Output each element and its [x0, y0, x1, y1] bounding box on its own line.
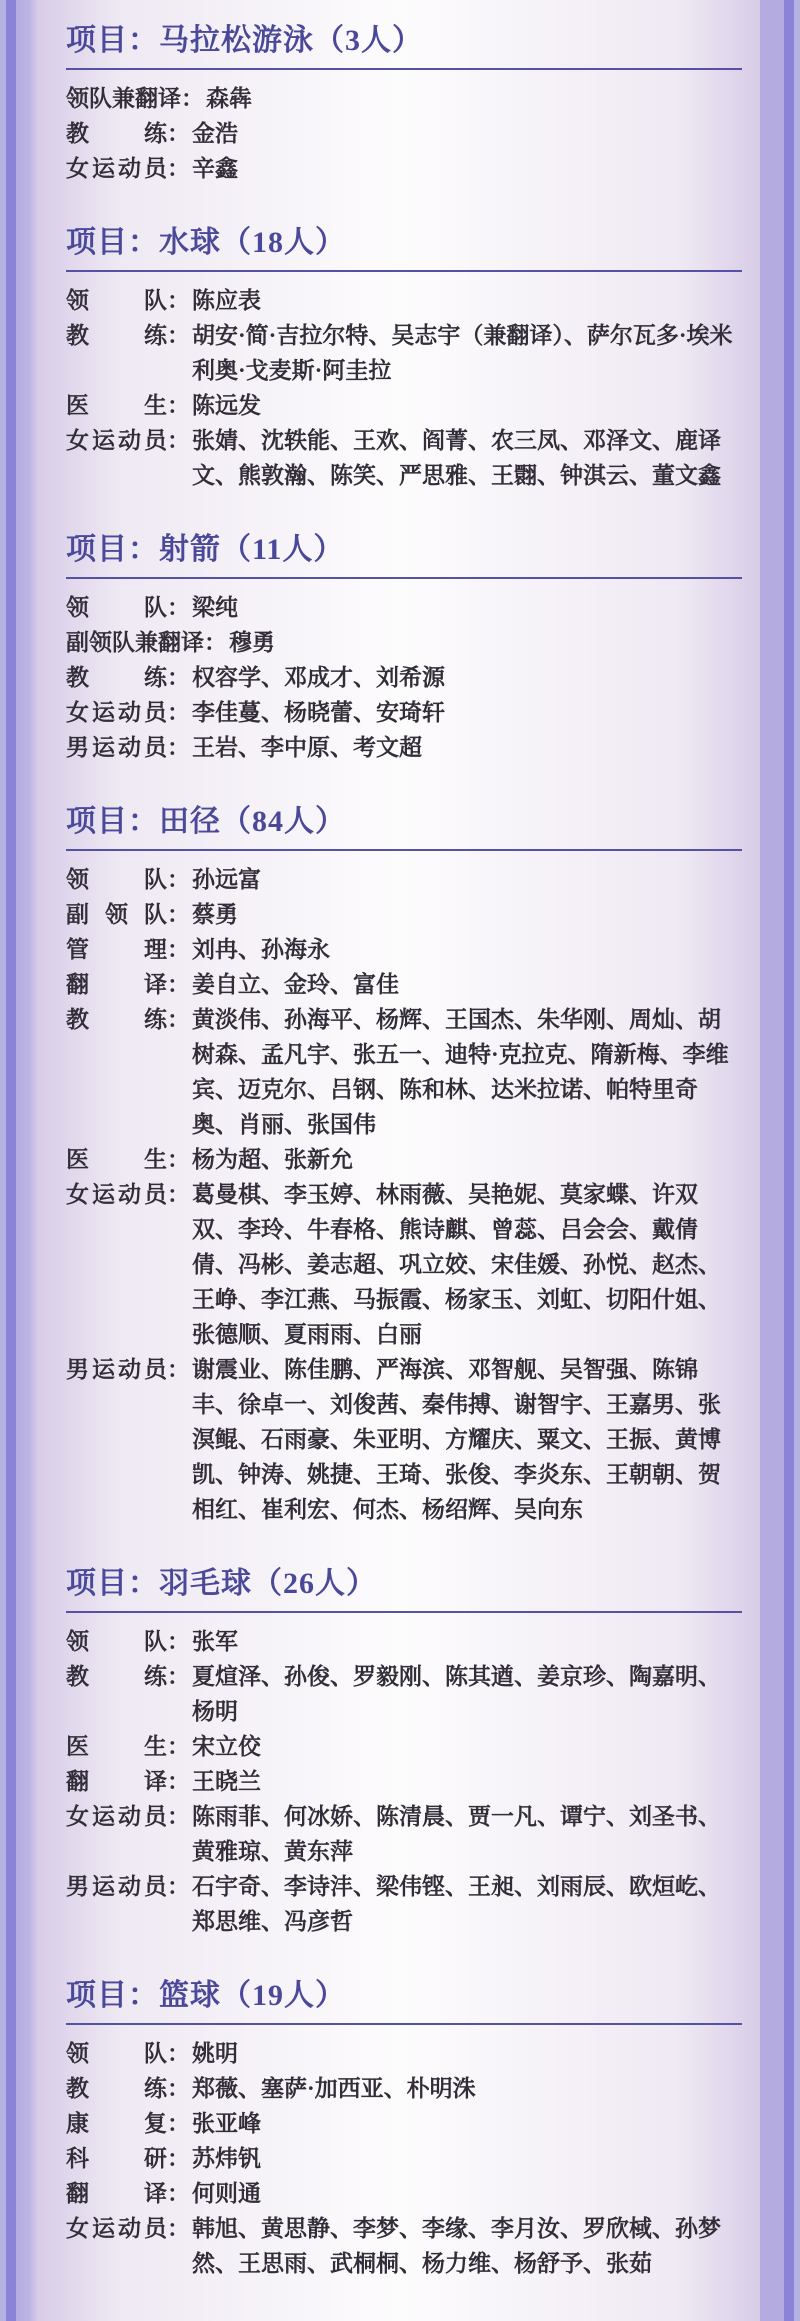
role-colon: ： — [167, 1764, 190, 1799]
role-label-char: 运 — [92, 151, 115, 186]
role-label-char: 队 — [144, 590, 167, 625]
role-label-char: 兼 — [135, 625, 158, 660]
role-colon: ： — [167, 1624, 190, 1659]
role-label-char: 生 — [144, 1729, 167, 1764]
role-label-char: 译 — [181, 625, 204, 660]
role-label: 教练 — [66, 318, 167, 353]
names-value: 穆勇 — [227, 625, 742, 660]
names-value: 姚明 — [190, 2036, 742, 2071]
role-label-char: 员 — [144, 151, 167, 186]
role-label-char: 兼 — [112, 81, 135, 116]
role-label: 翻译 — [66, 967, 167, 1002]
role-label-char: 教 — [66, 116, 89, 151]
section-title: 项目：田径（84人） — [66, 805, 742, 851]
role-label-char: 女 — [66, 423, 89, 458]
role-label-char: 医 — [66, 388, 89, 423]
role-colon: ： — [167, 660, 190, 695]
role-label-char: 翻 — [66, 967, 89, 1002]
role-label-char: 翻 — [66, 1764, 89, 1799]
names-value: 张亚峰 — [190, 2106, 742, 2141]
roster-row: 男运动员：王岩、李中原、考文超 — [66, 730, 742, 765]
roster-row: 副领队：蔡勇 — [66, 897, 742, 932]
role-label-char: 医 — [66, 1729, 89, 1764]
role-label-char: 运 — [92, 1352, 115, 1387]
role-label-char: 女 — [66, 2211, 89, 2246]
names-value: 韩旭、黄思静、李梦、李缘、李月汝、罗欣棫、孙梦然、王思雨、武桐桐、杨力维、杨舒予… — [190, 2211, 742, 2281]
role-label-char: 动 — [118, 695, 141, 730]
sport-section: 项目：水球（18人）领队：陈应表教练：胡安·简·吉拉尔特、吴志宇（兼翻译）、萨尔… — [66, 226, 742, 493]
roster-row: 领队兼翻译：森犇 — [66, 81, 742, 116]
role-label-char: 动 — [118, 2211, 141, 2246]
role-label-char: 动 — [118, 151, 141, 186]
role-label-char: 练 — [144, 116, 167, 151]
role-label: 领队 — [66, 590, 167, 625]
roster-row: 康复：张亚峰 — [66, 2106, 742, 2141]
role-label: 女运动员 — [66, 151, 167, 186]
roster-row: 副领队兼翻译：穆勇 — [66, 625, 742, 660]
role-label: 副领队兼翻译 — [66, 625, 204, 660]
role-label-char: 运 — [92, 1799, 115, 1834]
role-label-char: 女 — [66, 151, 89, 186]
roster-row: 教练：权容学、邓成才、刘希源 — [66, 660, 742, 695]
role-label: 领队 — [66, 1624, 167, 1659]
role-colon: ： — [167, 1142, 190, 1177]
role-label-char: 教 — [66, 318, 89, 353]
role-label-char: 男 — [66, 1352, 89, 1387]
role-label: 女运动员 — [66, 1177, 167, 1212]
role-label-char: 医 — [66, 1142, 89, 1177]
roster-row: 翻译：王晓兰 — [66, 1764, 742, 1799]
role-label-char: 员 — [144, 1177, 167, 1212]
role-label: 男运动员 — [66, 730, 167, 765]
roster-row: 男运动员：石宇奇、李诗沣、梁伟铿、王昶、刘雨辰、欧烜屹、郑思维、冯彦哲 — [66, 1869, 742, 1939]
names-value: 森犇 — [204, 81, 742, 116]
role-colon: ： — [167, 423, 190, 458]
role-label-char: 队 — [144, 897, 167, 932]
role-label-char: 领 — [66, 2036, 89, 2071]
roster-row: 翻译：姜自立、金玲、富佳 — [66, 967, 742, 1002]
role-label-char: 员 — [144, 1352, 167, 1387]
roster-row: 女运动员：辛鑫 — [66, 151, 742, 186]
role-colon: ： — [167, 388, 190, 423]
role-label: 科研 — [66, 2141, 167, 2176]
roster-row: 女运动员：李佳蔓、杨晓蕾、安琦轩 — [66, 695, 742, 730]
roster-row: 领队：姚明 — [66, 2036, 742, 2071]
role-label-char: 译 — [144, 2176, 167, 2211]
role-label: 医生 — [66, 388, 167, 423]
names-value: 张军 — [190, 1624, 742, 1659]
role-label: 领队 — [66, 862, 167, 897]
role-label-char: 队 — [144, 1624, 167, 1659]
names-value: 黄淡伟、孙海平、杨辉、王国杰、朱华刚、周灿、胡树森、孟凡宇、张五一、迪特·克拉克… — [190, 1002, 742, 1142]
role-label-char: 队 — [144, 283, 167, 318]
role-label-char: 动 — [118, 423, 141, 458]
roster-row: 领队：梁纯 — [66, 590, 742, 625]
role-label-char: 康 — [66, 2106, 89, 2141]
names-value: 王晓兰 — [190, 1764, 742, 1799]
role-label: 教练 — [66, 1659, 167, 1694]
section-title: 项目：篮球（19人） — [66, 1979, 742, 2025]
role-colon: ： — [167, 283, 190, 318]
names-value: 孙远富 — [190, 862, 742, 897]
names-value: 李佳蔓、杨晓蕾、安琦轩 — [190, 695, 742, 730]
role-colon: ： — [167, 2141, 190, 2176]
role-colon: ： — [167, 1729, 190, 1764]
role-label-char: 副 — [66, 897, 89, 932]
names-value: 夏煊泽、孙俊、罗毅刚、陈其遒、姜京珍、陶嘉明、杨明 — [190, 1659, 742, 1729]
role-label-char: 翻 — [158, 625, 181, 660]
role-label-char: 练 — [144, 318, 167, 353]
role-label-char: 副 — [66, 625, 89, 660]
role-label: 教练 — [66, 2071, 167, 2106]
role-label: 女运动员 — [66, 423, 167, 458]
role-label-char: 教 — [66, 2071, 89, 2106]
names-value: 石宇奇、李诗沣、梁伟铿、王昶、刘雨辰、欧烜屹、郑思维、冯彦哲 — [190, 1869, 742, 1939]
role-colon: ： — [167, 1799, 190, 1834]
role-label-char: 练 — [144, 1659, 167, 1694]
role-label-char: 教 — [66, 1002, 89, 1037]
role-label-char: 领 — [105, 897, 128, 932]
role-colon: ： — [167, 967, 190, 1002]
role-label-char: 动 — [118, 1352, 141, 1387]
names-value: 宋立佼 — [190, 1729, 742, 1764]
roster-row: 医生：杨为超、张新允 — [66, 1142, 742, 1177]
role-label-char: 运 — [92, 2211, 115, 2246]
role-colon: ： — [167, 2071, 190, 2106]
roster-row: 女运动员：韩旭、黄思静、李梦、李缘、李月汝、罗欣棫、孙梦然、王思雨、武桐桐、杨力… — [66, 2211, 742, 2281]
role-label-char: 译 — [158, 81, 181, 116]
role-label: 医生 — [66, 1729, 167, 1764]
role-label-char: 管 — [66, 932, 89, 967]
role-label-char: 复 — [144, 2106, 167, 2141]
role-label-char: 领 — [66, 590, 89, 625]
role-label-char: 练 — [144, 1002, 167, 1037]
roster-row: 男运动员：谢震业、陈佳鹏、严海滨、邓智舰、吴智强、陈锦丰、徐卓一、刘俊茜、秦伟搏… — [66, 1352, 742, 1527]
role-label: 教练 — [66, 116, 167, 151]
role-label-char: 员 — [144, 695, 167, 730]
sections-container: 项目：马拉松游泳（3人）领队兼翻译：森犇教练：金浩女运动员：辛鑫项目：水球（18… — [0, 0, 800, 2321]
role-label: 管理 — [66, 932, 167, 967]
role-label: 女运动员 — [66, 695, 167, 730]
names-value: 梁纯 — [190, 590, 742, 625]
role-colon: ： — [167, 1869, 190, 1904]
role-label: 领队 — [66, 283, 167, 318]
role-label-char: 翻 — [66, 2176, 89, 2211]
roster-row: 教练：黄淡伟、孙海平、杨辉、王国杰、朱华刚、周灿、胡树森、孟凡宇、张五一、迪特·… — [66, 1002, 742, 1142]
role-label-char: 领 — [66, 81, 89, 116]
section-title: 项目：水球（18人） — [66, 226, 742, 272]
names-value: 陈雨菲、何冰娇、陈清晨、贾一凡、谭宁、刘圣书、黄雅琼、黄东萍 — [190, 1799, 742, 1869]
role-colon: ： — [167, 932, 190, 967]
roster-row: 女运动员：葛曼棋、李玉婷、林雨薇、吴艳妮、莫家蝶、许双双、李玲、牛春格、熊诗麒、… — [66, 1177, 742, 1352]
role-label-char: 运 — [92, 1869, 115, 1904]
section-title: 项目：射箭（11人） — [66, 533, 742, 579]
names-value: 姜自立、金玲、富佳 — [190, 967, 742, 1002]
role-label-char: 男 — [66, 730, 89, 765]
role-label-char: 动 — [118, 1799, 141, 1834]
role-colon: ： — [167, 897, 190, 932]
names-value: 陈远发 — [190, 388, 742, 423]
role-colon: ： — [167, 862, 190, 897]
role-label-char: 队 — [89, 81, 112, 116]
role-label-char: 译 — [144, 967, 167, 1002]
role-label-char: 翻 — [135, 81, 158, 116]
role-label-char: 教 — [66, 1659, 89, 1694]
role-label-char: 男 — [66, 1869, 89, 1904]
roster-row: 领队：张军 — [66, 1624, 742, 1659]
role-label-char: 队 — [112, 625, 135, 660]
roster-row: 医生：宋立佼 — [66, 1729, 742, 1764]
names-value: 郑薇、塞萨·加西亚、朴明洙 — [190, 2071, 742, 2106]
names-value: 金浩 — [190, 116, 742, 151]
role-label: 女运动员 — [66, 2211, 167, 2246]
role-colon: ： — [167, 695, 190, 730]
role-label-char: 运 — [92, 423, 115, 458]
names-value: 杨为超、张新允 — [190, 1142, 742, 1177]
roster-row: 教练：郑薇、塞萨·加西亚、朴明洙 — [66, 2071, 742, 2106]
role-label: 康复 — [66, 2106, 167, 2141]
roster-row: 翻译：何则通 — [66, 2176, 742, 2211]
roster-row: 领队：孙远富 — [66, 862, 742, 897]
role-label-char: 练 — [144, 2071, 167, 2106]
roster-row: 领队：陈应表 — [66, 283, 742, 318]
roster-row: 教练：胡安·简·吉拉尔特、吴志宇（兼翻译）、萨尔瓦多·埃米利奥·戈麦斯·阿圭拉 — [66, 318, 742, 388]
role-label-char: 研 — [144, 2141, 167, 2176]
role-label: 医生 — [66, 1142, 167, 1177]
names-value: 蔡勇 — [190, 897, 742, 932]
role-label-char: 女 — [66, 1177, 89, 1212]
role-label-char: 科 — [66, 2141, 89, 2176]
role-colon: ： — [167, 730, 190, 765]
names-value: 胡安·简·吉拉尔特、吴志宇（兼翻译）、萨尔瓦多·埃米利奥·戈麦斯·阿圭拉 — [190, 318, 742, 388]
roster-row: 女运动员：张婧、沈轶能、王欢、阎菁、农三凤、邓泽文、鹿译文、熊敦瀚、陈笑、严思雅… — [66, 423, 742, 493]
names-value: 何则通 — [190, 2176, 742, 2211]
sport-section: 项目：射箭（11人）领队：梁纯副领队兼翻译：穆勇教练：权容学、邓成才、刘希源女运… — [66, 533, 742, 765]
role-colon: ： — [181, 81, 204, 116]
role-colon: ： — [167, 151, 190, 186]
role-label-char: 生 — [144, 388, 167, 423]
names-value: 辛鑫 — [190, 151, 742, 186]
role-label-char: 动 — [118, 730, 141, 765]
roster-row: 医生：陈远发 — [66, 388, 742, 423]
role-label-char: 教 — [66, 660, 89, 695]
sport-section: 项目：羽毛球（26人）领队：张军教练：夏煊泽、孙俊、罗毅刚、陈其遒、姜京珍、陶嘉… — [66, 1567, 742, 1939]
role-label: 领队 — [66, 2036, 167, 2071]
role-label-char: 领 — [89, 625, 112, 660]
role-label-char: 译 — [144, 1764, 167, 1799]
section-title: 项目：马拉松游泳（3人） — [66, 24, 742, 70]
roster-row: 教练：夏煊泽、孙俊、罗毅刚、陈其遒、姜京珍、陶嘉明、杨明 — [66, 1659, 742, 1729]
role-label: 领队兼翻译 — [66, 81, 181, 116]
role-label-char: 员 — [144, 2211, 167, 2246]
role-colon: ： — [167, 116, 190, 151]
role-label-char: 领 — [66, 283, 89, 318]
role-label-char: 理 — [144, 932, 167, 967]
role-colon: ： — [167, 2106, 190, 2141]
sport-section: 项目：田径（84人）领队：孙远富副领队：蔡勇管理：刘冉、孙海永翻译：姜自立、金玲… — [66, 805, 742, 1527]
role-label: 翻译 — [66, 1764, 167, 1799]
roster-row: 科研：苏炜钒 — [66, 2141, 742, 2176]
role-label: 男运动员 — [66, 1869, 167, 1904]
names-value: 刘冉、孙海永 — [190, 932, 742, 967]
role-label: 女运动员 — [66, 1799, 167, 1834]
role-label-char: 队 — [144, 2036, 167, 2071]
role-label-char: 运 — [92, 730, 115, 765]
role-label-char: 员 — [144, 1869, 167, 1904]
role-label-char: 运 — [92, 1177, 115, 1212]
roster-row: 管理：刘冉、孙海永 — [66, 932, 742, 967]
names-value: 陈应表 — [190, 283, 742, 318]
role-label-char: 动 — [118, 1177, 141, 1212]
role-colon: ： — [167, 1352, 190, 1387]
role-colon: ： — [167, 1002, 190, 1037]
roster-row: 教练：金浩 — [66, 116, 742, 151]
names-value: 苏炜钒 — [190, 2141, 742, 2176]
role-colon: ： — [167, 2211, 190, 2246]
role-label-char: 动 — [118, 1869, 141, 1904]
role-colon: ： — [167, 1659, 190, 1694]
names-value: 谢震业、陈佳鹏、严海滨、邓智舰、吴智强、陈锦丰、徐卓一、刘俊茜、秦伟搏、谢智宇、… — [190, 1352, 742, 1527]
role-label-char: 员 — [144, 1799, 167, 1834]
role-label-char: 队 — [144, 862, 167, 897]
names-value: 权容学、邓成才、刘希源 — [190, 660, 742, 695]
role-colon: ： — [167, 2176, 190, 2211]
names-value: 张婧、沈轶能、王欢、阎菁、农三凤、邓泽文、鹿译文、熊敦瀚、陈笑、严思雅、王翾、钟… — [190, 423, 742, 493]
role-colon: ： — [167, 590, 190, 625]
role-label: 教练 — [66, 1002, 167, 1037]
roster-row: 女运动员：陈雨菲、何冰娇、陈清晨、贾一凡、谭宁、刘圣书、黄雅琼、黄东萍 — [66, 1799, 742, 1869]
role-label: 男运动员 — [66, 1352, 167, 1387]
role-label-char: 运 — [92, 695, 115, 730]
role-label-char: 女 — [66, 695, 89, 730]
role-colon: ： — [167, 1177, 190, 1212]
section-title: 项目：羽毛球（26人） — [66, 1567, 742, 1613]
role-label: 翻译 — [66, 2176, 167, 2211]
role-label-char: 领 — [66, 1624, 89, 1659]
names-value: 葛曼棋、李玉婷、林雨薇、吴艳妮、莫家蝶、许双双、李玲、牛春格、熊诗麒、曾蕊、吕会… — [190, 1177, 742, 1352]
role-label-char: 领 — [66, 862, 89, 897]
sport-section: 项目：篮球（19人）领队：姚明教练：郑薇、塞萨·加西亚、朴明洙康复：张亚峰科研：… — [66, 1979, 742, 2281]
role-label-char: 员 — [144, 730, 167, 765]
role-label-char: 生 — [144, 1142, 167, 1177]
sport-section: 项目：马拉松游泳（3人）领队兼翻译：森犇教练：金浩女运动员：辛鑫 — [66, 24, 742, 186]
role-label-char: 员 — [144, 423, 167, 458]
role-colon: ： — [167, 318, 190, 353]
roster-document: 项目：马拉松游泳（3人）领队兼翻译：森犇教练：金浩女运动员：辛鑫项目：水球（18… — [0, 0, 800, 2321]
role-label-char: 练 — [144, 660, 167, 695]
role-label: 副领队 — [66, 897, 167, 932]
role-colon: ： — [167, 2036, 190, 2071]
role-label-char: 女 — [66, 1799, 89, 1834]
role-colon: ： — [204, 625, 227, 660]
role-label: 教练 — [66, 660, 167, 695]
names-value: 王岩、李中原、考文超 — [190, 730, 742, 765]
